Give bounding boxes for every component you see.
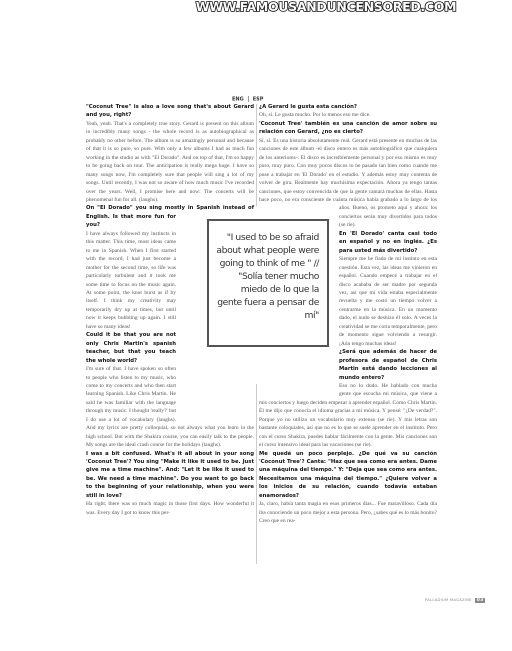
column-rule: [256, 104, 257, 206]
language-bar: ENGESP: [232, 96, 263, 103]
question: I was a bit confused. What's it all abou…: [86, 450, 254, 501]
magazine-name: PALLADIUM MAGAZINE: [425, 597, 472, 602]
question: Me quedé un poco perplejo. ¿De qué va su…: [259, 450, 437, 501]
answer: Oh, sí. Le gusta mucho. Por lo menos eso…: [259, 111, 437, 119]
page-number: 03: [475, 598, 486, 603]
answer: Ha right, there was so much magic in tho…: [86, 500, 254, 517]
column-rule: [256, 384, 257, 564]
pull-quote: "I used to be so afraid about what peopl…: [207, 219, 329, 347]
answer: Ja, claro, había tanta magia en esos pri…: [259, 500, 437, 525]
question: ¿A Gerard le gusta esta canción?: [259, 103, 437, 111]
lang-eng: ENG: [232, 97, 244, 103]
pull-quote-text: "I used to be so afraid about what peopl…: [216, 232, 319, 321]
question: 'Coconut Tree' también es una canción de…: [259, 120, 437, 137]
question: "Coconut Tree" is also a love song that'…: [86, 103, 254, 120]
lang-esp: ESP: [253, 97, 264, 103]
answer: Yeah, yeah. That's a completely true sto…: [86, 120, 254, 205]
page-footer: PALLADIUM MAGAZINE03: [425, 597, 485, 603]
watermark: WWW.FAMOUSANDUNCENSORED.COM: [140, 0, 512, 14]
divider: [248, 96, 249, 102]
